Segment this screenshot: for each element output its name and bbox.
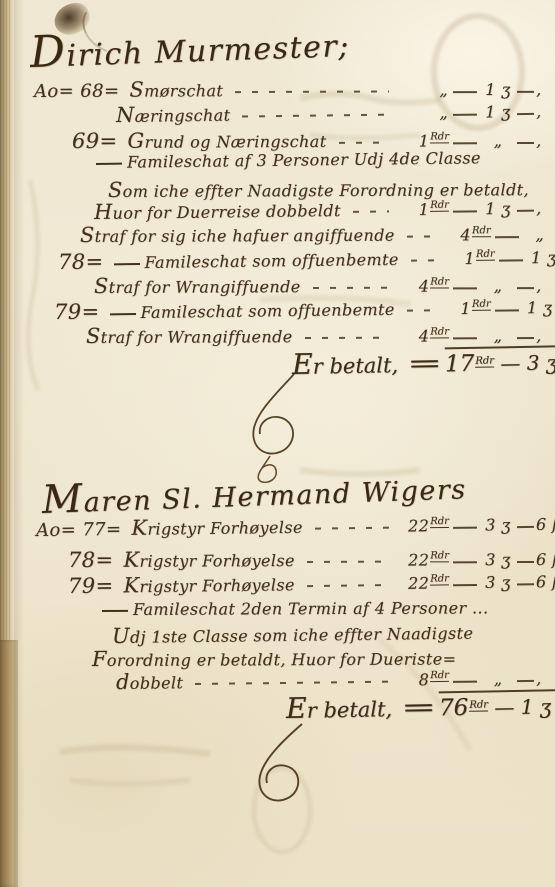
amount-mark: 3 ʒ (479, 515, 517, 534)
entry-text: Straf for Wrangiffuende (94, 273, 301, 298)
amounts: 8Rdr„‚ (399, 669, 552, 690)
dash-line (453, 337, 477, 339)
entry-text: Famileschat som offuenbemte (109, 300, 394, 322)
ledger-row: Huor for Duerreise dobbeldt 1Rdr1 ʒ‚ (94, 194, 552, 224)
ledger-row: Famileschat 2den Termin af 4 Personer ..… (102, 598, 552, 619)
amount-skilling: 6 ß (536, 572, 555, 591)
amount-rdr: 1Rdr (445, 249, 495, 269)
entry-text: dobbelt (116, 669, 184, 694)
amounts: 4Rdr„‚ (399, 276, 552, 296)
dash-line (453, 681, 477, 683)
leader-dashes (242, 114, 389, 118)
year-prefix: 78= (58, 249, 104, 274)
leader-dashes (307, 561, 389, 563)
dash-line (517, 680, 534, 682)
entry-text: Krigstyr Forhøyelse (123, 571, 295, 597)
equals-sign: = (400, 692, 436, 722)
dash-line (453, 527, 477, 529)
dash-line (499, 259, 523, 261)
amount-rdr: 4Rdr (399, 276, 449, 295)
leader-dashes (407, 309, 431, 311)
ledger-row: 79= Krigstyr Forhøyelse 22Rdr3 ʒ6 ß (68, 568, 552, 598)
total-label: Er betalt, (286, 690, 393, 725)
amount-mark: 3 ʒ (479, 550, 517, 569)
year-prefix: 78= (68, 548, 114, 572)
dash-line (517, 142, 534, 144)
amount-rdr: „ (399, 80, 449, 99)
amount-rdr: 4Rdr (399, 326, 449, 345)
amounts: 1Rdr1 ʒ‚ (399, 198, 552, 219)
dash-line (495, 236, 519, 238)
amounts: 4Rdr„‚ (441, 225, 555, 245)
gutter-shadow (14, 0, 24, 887)
ledger-row: Næringschat „1 ʒ‚ (116, 98, 552, 127)
dash-line (453, 561, 477, 563)
year-prefix: 79= (54, 299, 100, 324)
amounts: „1 ʒ‚ (399, 80, 552, 100)
entry-text: Grund og Næringschat (127, 128, 326, 153)
amount-skilling: 6 ß (536, 550, 555, 569)
leader-dashes (307, 584, 389, 587)
amounts: 4Rdr„‚ (399, 326, 552, 346)
entry-text: Famileschat af 3 Personer Udj 4de Classe (96, 148, 481, 172)
ledger-row: Straf for sig iche hafuer angiffuende 4R… (80, 221, 552, 247)
entry-text: Krigstyr Forhøyelse (131, 514, 303, 540)
leader-dashes (313, 287, 389, 289)
section-total: Er betalt, = 17Rdr — 3 ʒ — (292, 343, 554, 381)
flourish-ornament (236, 372, 316, 484)
amount-mark: 1 ʒ (521, 298, 555, 317)
amount-mark: „ (479, 326, 517, 345)
entry-text: Huor for Duerreise dobbeldt (94, 197, 341, 224)
amount-mark: 1 ʒ (479, 199, 517, 218)
section-total: Er betalt, = 76Rdr — 1 ʒ — 18 ß (286, 687, 554, 725)
year-prefix: 69= (72, 129, 118, 153)
amount-mark: „ (521, 225, 555, 244)
leader-dashes (407, 235, 431, 237)
leader-dashes (305, 337, 389, 339)
amount-mark: 1 ʒ (479, 80, 517, 99)
entry-text: Næringschat (116, 102, 231, 127)
dash-line (517, 526, 534, 528)
entry-text: Udj 1ste Classe som iche effter Naadigst… (112, 620, 474, 648)
amounts: 1Rdr1 ʒ‚ (445, 247, 555, 268)
dash-line (517, 561, 534, 563)
entry-text: Famileschat som offuenbemte (113, 250, 398, 272)
entry-text: Straf for sig iche hafuer angiffuende (80, 222, 395, 247)
amount-rdr: 1Rdr (441, 299, 491, 319)
amount-rdr: „ (399, 103, 449, 123)
amount-mark: „ (479, 276, 517, 295)
dash-line (517, 91, 534, 93)
year-prefix: Ao= 77= (36, 519, 122, 541)
amounts: 22Rdr3 ʒ6 ß (399, 550, 552, 570)
leader-dashes (315, 527, 389, 530)
entry-text: Straf for Wrangiffuende (86, 323, 293, 348)
dash-line (517, 337, 534, 339)
year-prefix: Ao= 68= (34, 81, 120, 102)
section-heading: Dirich Murmester; (29, 17, 350, 78)
leader-dashes (195, 681, 389, 685)
manuscript-page: Dirich Murmester; Ao= 68= Smørschat „1 ʒ… (0, 0, 555, 887)
amount-mark: 1 ʒ (525, 248, 555, 267)
total-amount: 76Rdr — 1 ʒ — 18 ß (439, 688, 555, 721)
dash-line (453, 584, 477, 586)
amount-rdr: 22Rdr (399, 573, 449, 593)
dash-line (453, 142, 477, 144)
amount-mark: 3 ʒ (479, 573, 517, 592)
entry-text: Smørschat (129, 77, 223, 101)
ledger-row: 78= Famileschat som offuenbemte 1Rdr1 ʒ‚ (58, 244, 552, 274)
amount-skilling: ‚ (536, 198, 555, 217)
amount-rdr: 1Rdr (399, 200, 449, 220)
total-amount: 17Rdr — 3 ʒ — (445, 345, 555, 377)
amount-rdr: 8Rdr (399, 670, 449, 690)
dash-line (517, 287, 534, 289)
amounts: 1Rdr1 ʒ‚ (441, 297, 555, 318)
year-prefix: 79= (68, 573, 114, 598)
entry-text: Famileschat 2den Termin af 4 Personer ..… (102, 598, 489, 619)
amount-mark: „ (479, 669, 517, 688)
dash-line (517, 583, 534, 585)
leader-dashes (235, 90, 389, 93)
amounts: 22Rdr3 ʒ6 ß (399, 515, 552, 536)
amount-rdr: 22Rdr (399, 550, 449, 569)
amount-rdr: 1Rdr (399, 131, 449, 150)
leader-dashes (339, 142, 390, 144)
entry-text: Krigstyr Forhøyelse (123, 547, 294, 572)
amount-skilling: ‚ (536, 102, 555, 121)
leader-dashes (353, 210, 389, 212)
dash-line (517, 113, 534, 115)
dash-line (453, 287, 477, 289)
leader-dashes (411, 259, 435, 261)
ledger-row: Ao= 77= Krigstyr Forhøyelse 22Rdr3 ʒ6 ß (36, 511, 552, 541)
equals-sign: = (406, 348, 442, 378)
amounts: „1 ʒ‚ (399, 102, 552, 123)
amount-rdr: 4Rdr (441, 225, 491, 244)
dash-line (517, 210, 534, 212)
dash-line (453, 210, 477, 212)
amount-skilling: ‚ (536, 326, 555, 345)
flourish-ornament (240, 722, 320, 812)
amount-rdr: 22Rdr (399, 516, 449, 536)
ledger-row: Udj 1ste Classe som iche effter Naadigst… (112, 619, 552, 648)
amount-mark: 1 ʒ (479, 102, 517, 121)
dash-line (453, 91, 477, 93)
amount-skilling: 6 ß (536, 515, 555, 534)
dash-line (453, 114, 477, 116)
amount-skilling: ‚ (536, 276, 555, 295)
ledger-row: 79= Famileschat som offuenbemte 1Rdr1 ʒ‚ (54, 294, 552, 324)
amount-skilling: ‚ (536, 80, 555, 99)
dash-line (495, 309, 519, 311)
amount-skilling: ‚ (536, 669, 555, 688)
amounts: 22Rdr3 ʒ6 ß (399, 572, 552, 593)
